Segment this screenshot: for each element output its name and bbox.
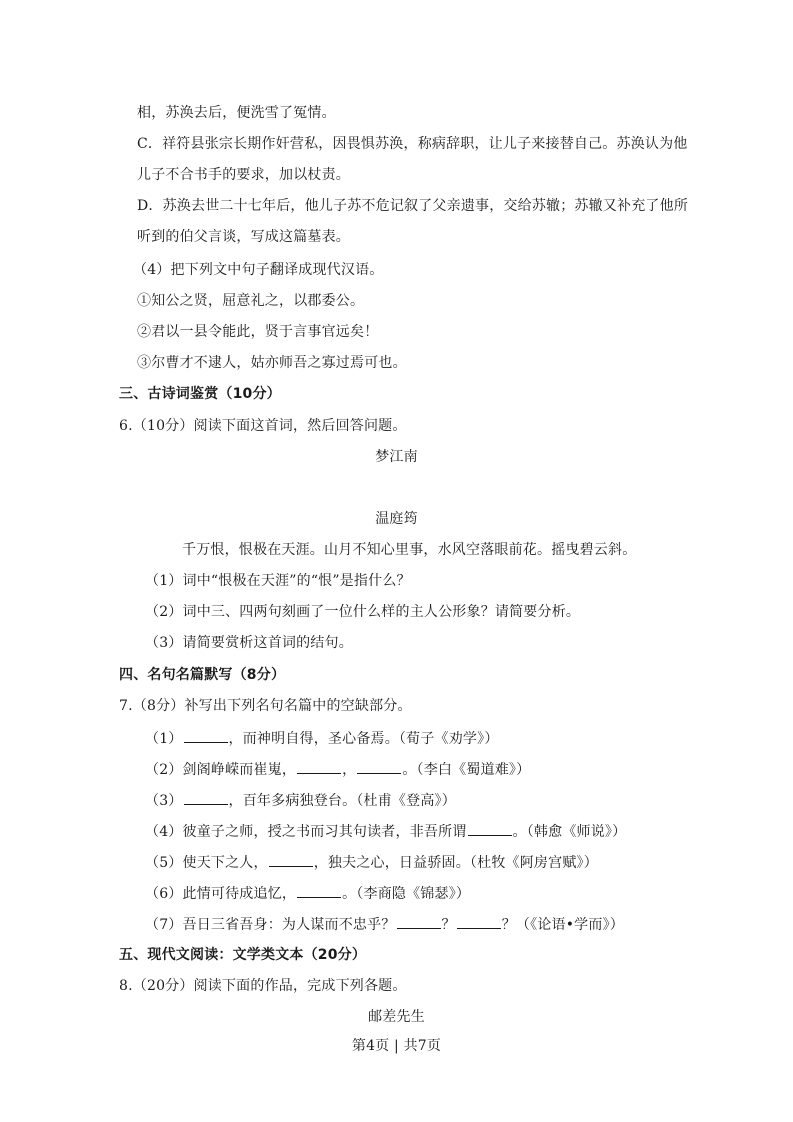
fill-text: 。（韩愈《师说》） bbox=[513, 824, 627, 840]
page-footer: 第4页 | 共7页 bbox=[0, 1037, 793, 1055]
fill-text: ？ bbox=[442, 917, 456, 933]
option-c-line-1: C．祥符县张宗长期作奸营私，因畏惧苏涣，称病辞职，让儿子来接替自己。苏涣认为他 bbox=[137, 135, 688, 153]
answer-blank[interactable] bbox=[397, 914, 441, 929]
translation-prompt: （4）把下列文中句子翻译成现代汉语。 bbox=[133, 261, 384, 279]
fill-text: （7）吾日三省吾身：为人谋而不忠乎？ bbox=[145, 917, 396, 933]
article-title: 邮差先生 bbox=[0, 1008, 793, 1026]
question-6-prompt: 6.（10分）阅读下面这首词，然后回答问题。 bbox=[119, 417, 407, 435]
fill-text: ， bbox=[342, 762, 356, 778]
answer-blank[interactable] bbox=[468, 821, 512, 836]
fill-text: ，而神明自得，圣心备焉。（荀子《劝学》） bbox=[229, 731, 499, 747]
option-d-line-2: 听到的伯父言谈，写成这篇墓表。 bbox=[137, 228, 350, 246]
answer-blank[interactable] bbox=[297, 759, 341, 774]
section-5-heading: 五、现代文阅读：文学类文本（20分） bbox=[119, 946, 366, 964]
answer-blank[interactable] bbox=[297, 883, 341, 898]
option-b-continuation: 相，苏涣去后，便洗雪了冤情。 bbox=[137, 104, 336, 122]
fill-item-3: （3），百年多病独登台。（杜甫《登高》） bbox=[145, 790, 456, 810]
answer-blank[interactable] bbox=[269, 852, 313, 867]
fill-text: ，独夫之心，日益骄固。（杜牧《阿房宫赋》） bbox=[314, 855, 598, 871]
fill-item-5: （5）使天下之人，，独夫之心，日益骄固。（杜牧《阿房宫赋》） bbox=[145, 852, 598, 872]
fill-item-1: （1），而神明自得，圣心备焉。（荀子《劝学》） bbox=[145, 728, 499, 748]
question-6-sub-2: （2）词中三、四两句刻画了一位什么样的主人公形象？请简要分析。 bbox=[145, 603, 580, 621]
section-3-heading: 三、古诗词鉴赏（10分） bbox=[119, 385, 281, 403]
translation-item-3: ③尔曹才不逮人，姑亦师吾之寡过焉可也。 bbox=[137, 354, 407, 372]
answer-blank[interactable] bbox=[184, 790, 228, 805]
answer-blank[interactable] bbox=[357, 759, 401, 774]
fill-text: （4）彼童子之师，授之书而习其句读者，非吾所谓 bbox=[145, 824, 467, 840]
fill-text: （5）使天下之人， bbox=[145, 855, 268, 871]
answer-blank[interactable] bbox=[184, 728, 228, 743]
poem-author: 温庭筠 bbox=[0, 510, 793, 528]
option-c-line-2: 儿子不合书手的要求，加以杖责。 bbox=[137, 166, 350, 184]
fill-text: ？（《论语•学而》） bbox=[502, 917, 624, 933]
fill-text: （6）此情可待成追忆， bbox=[145, 886, 296, 902]
fill-text: ，百年多病独登台。（杜甫《登高》） bbox=[229, 793, 456, 809]
fill-item-6: （6）此情可待成追忆，。（李商隐《锦瑟》） bbox=[145, 883, 470, 903]
option-d-line-1: D．苏涣去世二十七年后，他儿子苏不危记叙了父亲遗事，交给苏辙；苏辙又补充了他所 bbox=[137, 197, 688, 215]
exam-page: 相，苏涣去后，便洗雪了冤情。 C．祥符县张宗长期作奸营私，因畏惧苏涣，称病辞职，… bbox=[0, 0, 793, 1122]
question-7-prompt: 7.（8分）补写出下列名句名篇中的空缺部分。 bbox=[119, 697, 412, 715]
question-6-sub-3: （3）请简要赏析这首词的结句。 bbox=[145, 634, 353, 652]
translation-item-2: ②君以一县令能此，贤于言事官远矣！ bbox=[137, 323, 378, 341]
fill-item-7: （7）吾日三省吾身：为人谋而不忠乎？？？（《论语•学而》） bbox=[145, 914, 624, 934]
question-6-sub-1: （1）词中“恨极在天涯”的“恨”是指什么？ bbox=[145, 572, 411, 590]
answer-blank[interactable] bbox=[457, 914, 501, 929]
section-4-heading: 四、名句名篇默写（8分） bbox=[119, 666, 285, 684]
fill-text: （1） bbox=[145, 731, 183, 747]
fill-text: （2）剑阁峥嵘而崔嵬， bbox=[145, 762, 296, 778]
fill-text: （3） bbox=[145, 793, 183, 809]
poem-text: 千万恨，恨极在天涯。山月不知心里事，水风空落眼前花。摇曳碧云斜。 bbox=[182, 541, 636, 559]
poem-title: 梦江南 bbox=[0, 448, 793, 466]
fill-text: 。（李白《蜀道难》） bbox=[402, 762, 530, 778]
fill-item-4: （4）彼童子之师，授之书而习其句读者，非吾所谓。（韩愈《师说》） bbox=[145, 821, 626, 841]
translation-item-1: ①知公之贤，屈意礼之，以郡委公。 bbox=[137, 292, 364, 310]
fill-text: 。（李商隐《锦瑟》） bbox=[342, 886, 470, 902]
fill-item-2: （2）剑阁峥嵘而崔嵬，，。（李白《蜀道难》） bbox=[145, 759, 530, 779]
question-8-prompt: 8.（20分）阅读下面的作品，完成下列各题。 bbox=[119, 977, 407, 995]
